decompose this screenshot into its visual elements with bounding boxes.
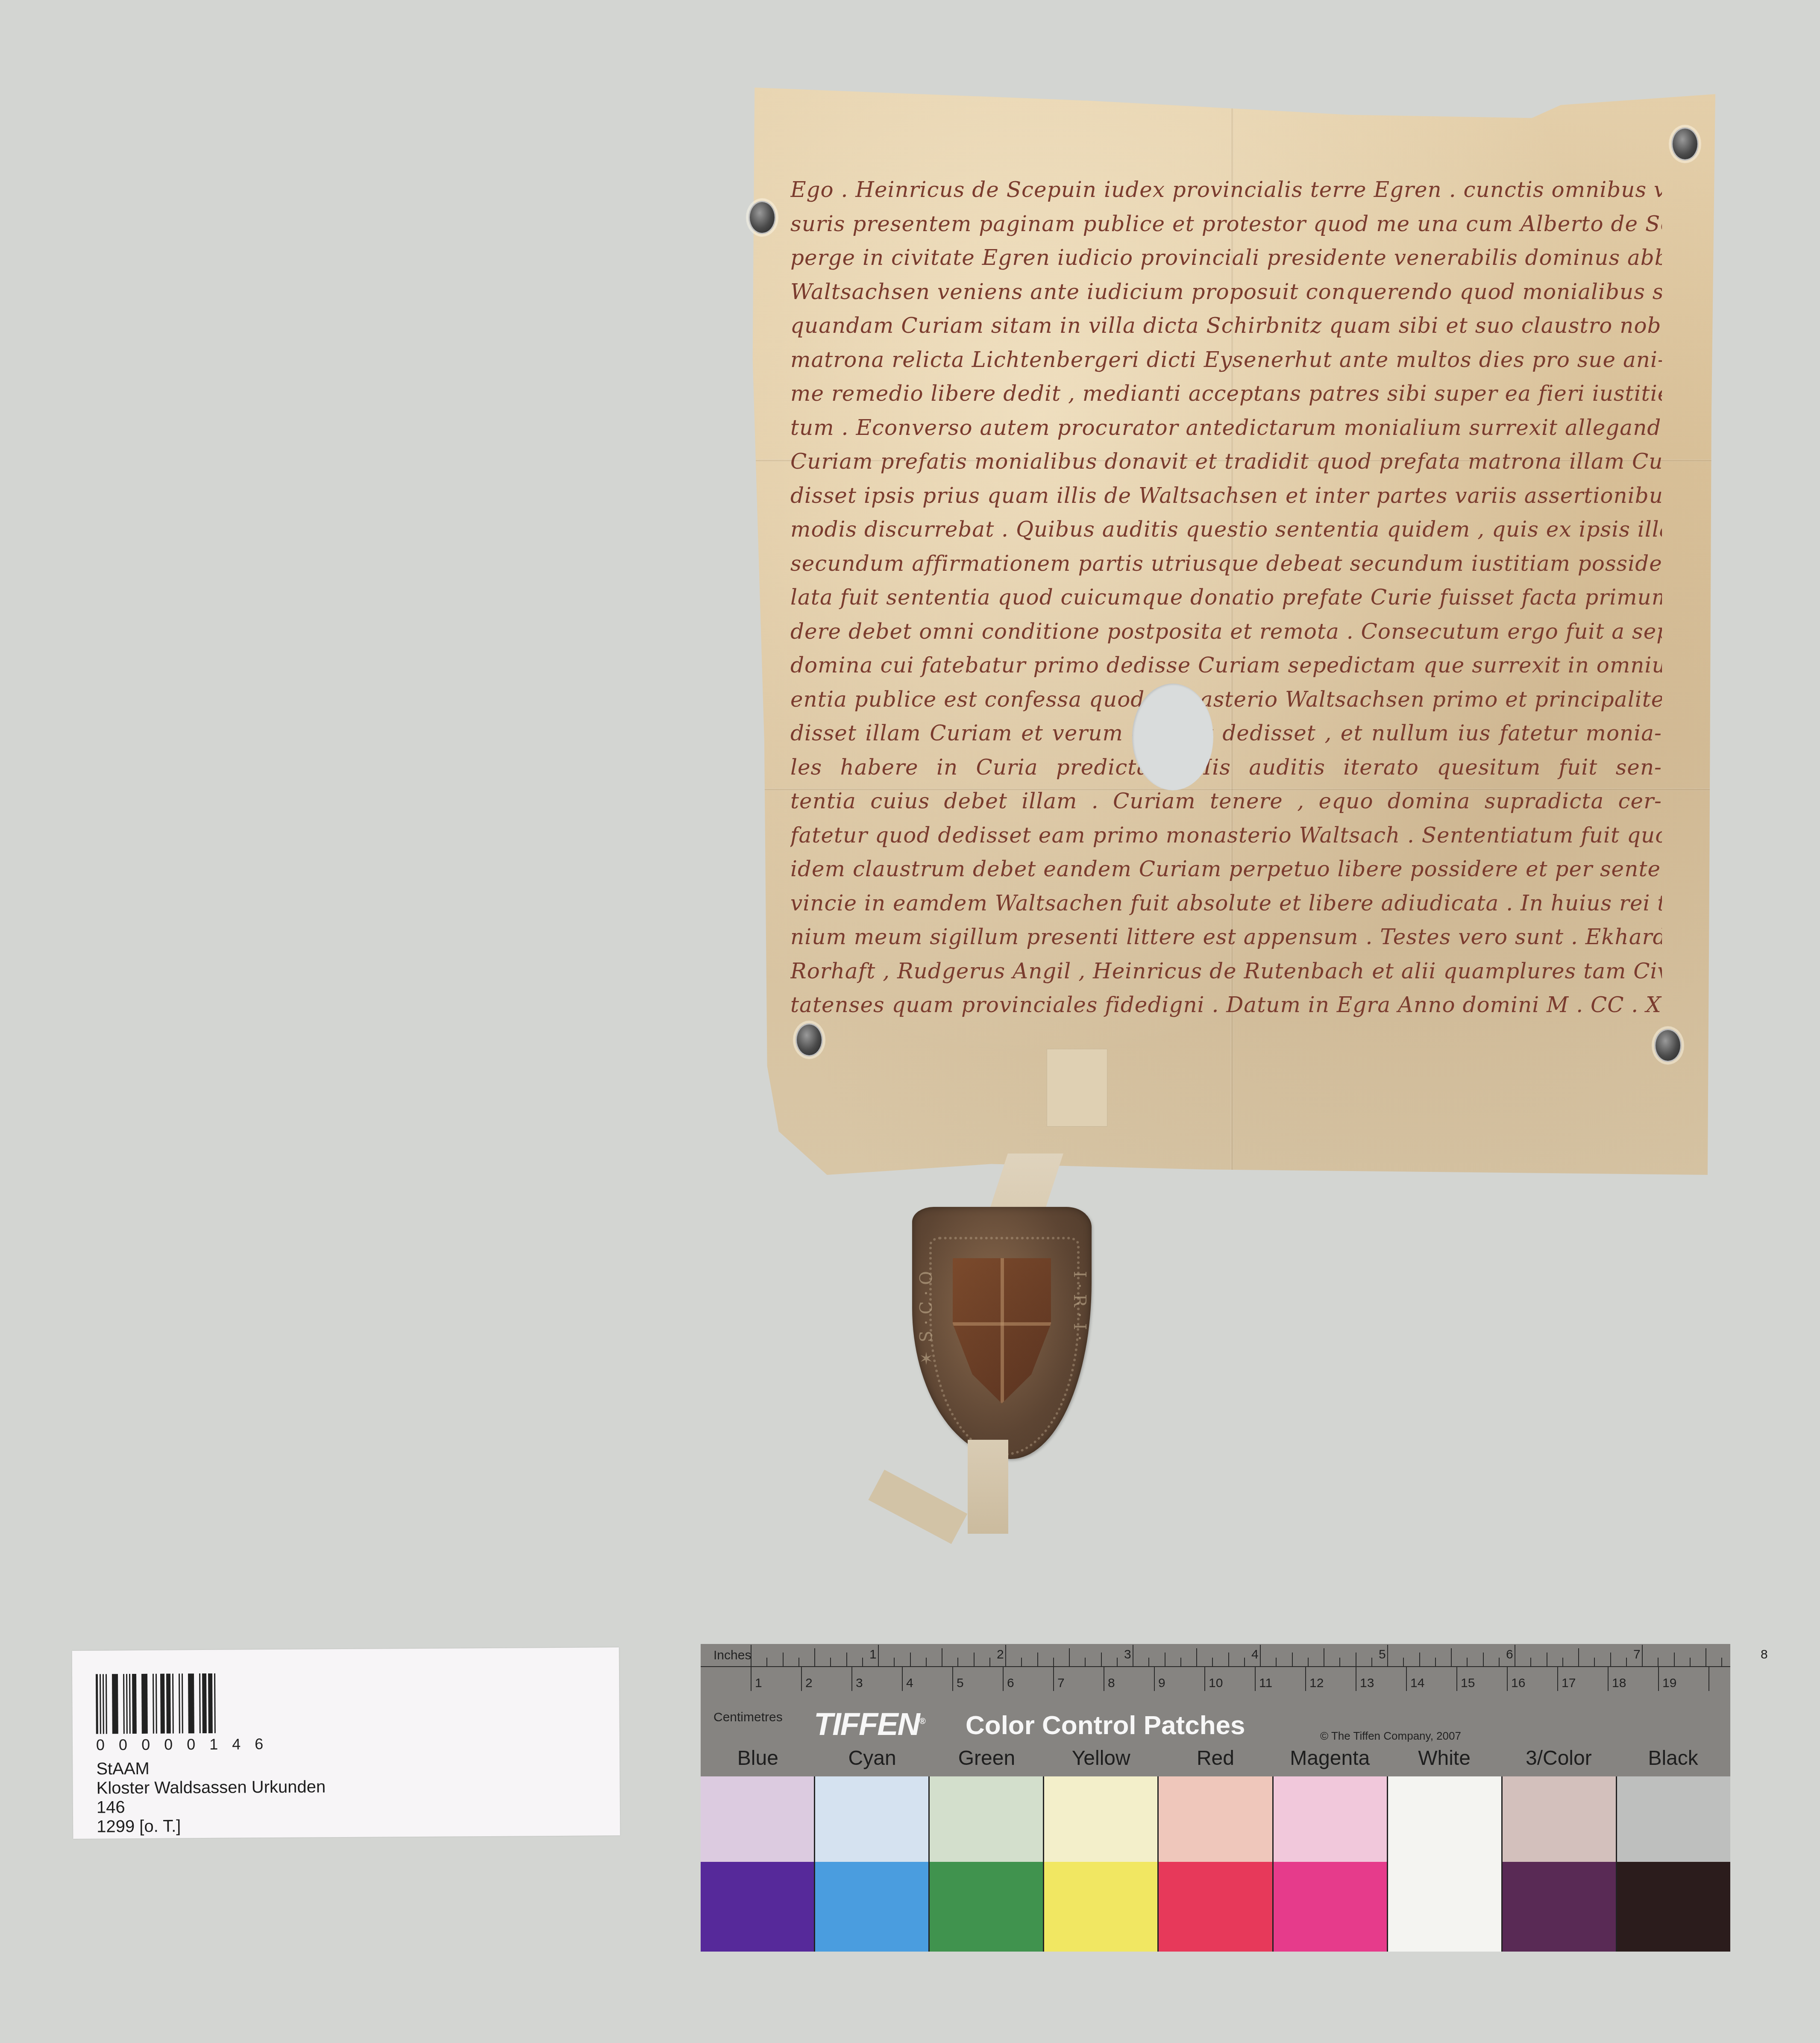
manuscript-line: disset ipsis prius quam illis de Waltsac… xyxy=(790,479,1662,513)
patch-label: Yellow xyxy=(1044,1747,1158,1770)
parchment-charter: Ego . Heinricus de Scepuin iudex provinc… xyxy=(750,88,1715,1175)
ruler-tick xyxy=(1260,1645,1261,1666)
color-patch-light xyxy=(1274,1776,1388,1862)
collection-name: Kloster Waldsassen Urkunden xyxy=(96,1777,326,1798)
color-patch-light xyxy=(1159,1776,1273,1862)
ruler-tick xyxy=(989,1658,990,1666)
cm-tick-label: 15 xyxy=(1461,1676,1475,1691)
color-patch-light xyxy=(1388,1776,1503,1862)
ruler-tick xyxy=(1626,1658,1627,1666)
ruler-tick xyxy=(1180,1658,1181,1666)
inch-tick-label: 8 xyxy=(1761,1647,1768,1662)
ruler-tick xyxy=(1483,1653,1484,1666)
color-patch-light xyxy=(1617,1776,1730,1862)
ruler-tick xyxy=(1053,1667,1054,1691)
manuscript-line: entia publice est confessa quod monaster… xyxy=(790,683,1662,717)
ruler-tick xyxy=(801,1667,802,1691)
inch-tick-label: 6 xyxy=(1506,1647,1513,1662)
cm-tick-label: 7 xyxy=(1057,1676,1065,1691)
ruler-tick xyxy=(1104,1667,1104,1691)
manuscript-line: matrona relicta Lichtenbergeri dicti Eys… xyxy=(790,343,1662,377)
item-date: 1299 [o. T.] xyxy=(97,1817,181,1836)
color-patch-light xyxy=(701,1776,815,1862)
ruler-tick xyxy=(1578,1648,1579,1666)
ruler-tick xyxy=(1117,1658,1118,1666)
ruler-tick xyxy=(783,1653,784,1666)
ruler-tick xyxy=(1037,1653,1038,1666)
patch-label: Magenta xyxy=(1273,1747,1387,1770)
patch-label: 3/Color xyxy=(1501,1747,1616,1770)
ruler-tick xyxy=(766,1658,767,1666)
ruler-tick xyxy=(1085,1658,1086,1666)
cm-tick-label: 3 xyxy=(856,1676,863,1691)
barcode-number: 00000146 xyxy=(96,1735,277,1754)
ruler-tick xyxy=(1419,1653,1420,1666)
color-patch-light xyxy=(1044,1776,1159,1862)
archive-name: StAAM xyxy=(96,1759,150,1779)
dark-patch-row xyxy=(701,1862,1730,1952)
ruler-tick xyxy=(1499,1658,1500,1666)
ruler-baseline xyxy=(701,1666,1730,1667)
ruler-tick xyxy=(814,1648,815,1666)
inch-tick-label: 5 xyxy=(1379,1647,1386,1662)
ruler-tick xyxy=(1658,1667,1659,1691)
ruler-tick xyxy=(1515,1645,1515,1666)
cm-tick-label: 13 xyxy=(1360,1676,1374,1691)
cm-tick-label: 6 xyxy=(1007,1676,1014,1691)
cm-tick-label: 12 xyxy=(1309,1676,1324,1691)
ruler-tick xyxy=(1101,1653,1102,1666)
plica-fold-tab xyxy=(1047,1049,1107,1127)
inches-label: Inches xyxy=(713,1648,751,1663)
ruler-tick xyxy=(1406,1667,1407,1691)
seal-tag-strip xyxy=(968,1440,1008,1534)
mounting-pin-icon xyxy=(1671,127,1699,161)
ruler-tick xyxy=(1690,1658,1691,1666)
ruler-tick xyxy=(1276,1658,1277,1666)
centimetres-label: Centimetres xyxy=(713,1710,783,1725)
ruler-tick xyxy=(910,1653,911,1666)
ruler-tick xyxy=(1594,1658,1595,1666)
ruler-tick xyxy=(1069,1648,1070,1666)
ruler-tick xyxy=(1133,1645,1133,1666)
color-patch-dark xyxy=(701,1862,815,1952)
ruler-tick xyxy=(1021,1658,1022,1666)
manuscript-line: les habere in Curia predicta . His audit… xyxy=(790,751,1662,785)
shield-cross xyxy=(1001,1258,1004,1403)
ruler-tick xyxy=(1721,1658,1722,1666)
seal-legend: ✶ S · C · O xyxy=(916,1271,942,1368)
ruler-tick xyxy=(1003,1667,1004,1691)
cm-tick-label: 18 xyxy=(1612,1676,1626,1691)
manuscript-line: Waltsachsen veniens ante iudicium propos… xyxy=(790,275,1662,309)
ruler-tick xyxy=(1005,1645,1006,1666)
ruler-tick xyxy=(1435,1658,1436,1666)
cm-tick-label: 17 xyxy=(1562,1676,1576,1691)
ruler-tick xyxy=(830,1658,831,1666)
ruler-tick xyxy=(1451,1648,1452,1666)
ruler-tick xyxy=(974,1653,975,1666)
ruler-tick xyxy=(1658,1658,1659,1666)
ruler-tick xyxy=(1456,1667,1457,1691)
cm-tick-label: 16 xyxy=(1511,1676,1525,1691)
ruler-tick xyxy=(1292,1653,1293,1666)
color-patch-light xyxy=(930,1776,1044,1862)
ruler-tick xyxy=(1706,1648,1706,1666)
ruler-tick xyxy=(926,1658,927,1666)
color-patch-dark xyxy=(815,1862,930,1952)
manuscript-line: me remedio libere dedit , medianti accep… xyxy=(790,377,1662,411)
ruler-tick xyxy=(942,1648,942,1666)
mounting-pin-icon xyxy=(1654,1029,1682,1062)
color-patch-dark xyxy=(1159,1862,1273,1952)
cm-tick-label: 1 xyxy=(755,1676,762,1691)
ruler-tick xyxy=(1228,1653,1229,1666)
cm-tick-label: 5 xyxy=(957,1676,964,1691)
manuscript-line: dere debet omni conditione postposita et… xyxy=(790,615,1662,649)
ruler-tick xyxy=(957,1658,958,1666)
ruler-tick xyxy=(798,1658,799,1666)
ruler-tick xyxy=(952,1667,953,1691)
ruler-tick xyxy=(1212,1658,1213,1666)
ruler-tick xyxy=(1530,1658,1531,1666)
manuscript-line: suris presentem paginam publice et prote… xyxy=(790,207,1662,241)
ruler-tick xyxy=(1708,1667,1709,1691)
cm-tick-label: 9 xyxy=(1158,1676,1165,1691)
ruler-tick xyxy=(1557,1667,1558,1691)
ruler: Inches Centimetres TIFFEN® Color Control… xyxy=(701,1644,1730,1776)
ruler-tick xyxy=(1196,1648,1197,1666)
patch-label: Blue xyxy=(701,1747,815,1770)
shield-cross xyxy=(953,1322,1051,1326)
manuscript-line: disset illam Curiam et verum dare et ded… xyxy=(790,716,1662,751)
ruler-tick xyxy=(1642,1645,1643,1666)
ruler-tick xyxy=(878,1645,879,1666)
seal-legend: I · R · I · xyxy=(1064,1271,1089,1341)
ruler-tick xyxy=(902,1667,903,1691)
manuscript-line: tentia cuius debet illam . Curiam tenere… xyxy=(790,784,1662,819)
ruler-tick xyxy=(1165,1653,1165,1666)
ruler-tick xyxy=(1204,1667,1205,1691)
cm-tick-label: 11 xyxy=(1259,1676,1272,1691)
ruler-tick xyxy=(894,1658,895,1666)
seal-tag-tail xyxy=(868,1470,967,1544)
inch-tick-label: 1 xyxy=(869,1647,877,1662)
brand-name: TIFFEN xyxy=(814,1706,919,1742)
color-patch-dark xyxy=(1503,1862,1617,1952)
barcode xyxy=(96,1673,216,1734)
ruler-tick xyxy=(1308,1658,1309,1666)
cm-tick-label: 8 xyxy=(1108,1676,1115,1691)
cm-tick-label: 14 xyxy=(1410,1676,1424,1691)
inch-tick-label: 2 xyxy=(997,1647,1004,1662)
manuscript-line: tum . Econverso autem procurator antedic… xyxy=(790,411,1662,445)
manuscript-line: quandam Curiam sitam in villa dicta Schi… xyxy=(790,309,1662,343)
ruler-tick xyxy=(1305,1667,1306,1691)
manuscript-line: modis discurrebat . Quibus auditis quest… xyxy=(790,513,1662,547)
color-patch-dark xyxy=(1388,1862,1503,1952)
mounting-pin-icon xyxy=(796,1023,823,1057)
manuscript-line: Ego . Heinricus de Scepuin iudex provinc… xyxy=(790,173,1662,207)
ruler-tick xyxy=(1148,1658,1149,1666)
patch-label: Black xyxy=(1616,1747,1730,1770)
manuscript-line: domina cui fatebatur primo dedisse Curia… xyxy=(790,649,1662,683)
ruler-tick xyxy=(1547,1653,1547,1666)
inch-tick-label: 3 xyxy=(1124,1647,1131,1662)
manuscript-line: Curiam prefatis monialibus donavit et tr… xyxy=(790,445,1662,479)
archive-label: 00000146 StAAM Kloster Waldsassen Urkund… xyxy=(72,1647,620,1839)
cm-tick-label: 19 xyxy=(1662,1676,1676,1691)
ruler-tick xyxy=(1387,1645,1388,1666)
ruler-tick xyxy=(1403,1658,1404,1666)
ruler-tick xyxy=(1507,1667,1508,1691)
ruler-tick xyxy=(751,1667,751,1691)
ruler-tick xyxy=(846,1653,847,1666)
ruler-tick xyxy=(862,1658,863,1666)
ruler-tick xyxy=(851,1667,852,1691)
tiffen-logo: TIFFEN® xyxy=(814,1706,925,1742)
ruler-tick xyxy=(751,1645,751,1666)
tiffen-color-chart: Inches Centimetres TIFFEN® Color Control… xyxy=(701,1644,1730,1952)
ruler-tick xyxy=(1608,1667,1609,1691)
ruler-tick xyxy=(1244,1658,1245,1666)
color-patch-light xyxy=(1503,1776,1617,1862)
color-patch-dark xyxy=(930,1862,1044,1952)
inch-tick-label: 7 xyxy=(1633,1647,1641,1662)
manuscript-line: vincie in eamdem Waltsachen fuit absolut… xyxy=(790,886,1662,921)
patch-label: Red xyxy=(1158,1747,1273,1770)
color-patch-dark xyxy=(1617,1862,1730,1952)
mounting-pin-icon xyxy=(749,201,776,234)
ruler-tick xyxy=(1610,1653,1611,1666)
manuscript-line: tatenses quam provinciales fidedigni . D… xyxy=(790,988,1662,1022)
product-title: Color Control Patches xyxy=(966,1710,1245,1741)
manuscript-line: secundum affirmationem partis utriusque … xyxy=(790,547,1662,581)
manuscript-line: fatetur quod dedisset eam primo monaster… xyxy=(790,819,1662,853)
color-patch-dark xyxy=(1044,1862,1159,1952)
ruler-tick xyxy=(1255,1667,1256,1691)
color-patch-light xyxy=(815,1776,930,1862)
cm-tick-label: 4 xyxy=(906,1676,913,1691)
inch-tick-label: 4 xyxy=(1251,1647,1259,1662)
ruler-tick xyxy=(1371,1658,1372,1666)
ruler-tick xyxy=(1467,1658,1468,1666)
manuscript-line: Rorhaft , Rudgerus Angil , Heinricus de … xyxy=(790,954,1662,989)
patch-label: Green xyxy=(930,1747,1044,1770)
manuscript-text: Ego . Heinricus de Scepuin iudex provinc… xyxy=(790,173,1662,1022)
item-number: 146 xyxy=(97,1798,125,1817)
ruler-tick xyxy=(1562,1658,1563,1666)
copyright-notice: © The Tiffen Company, 2007 xyxy=(1320,1729,1461,1743)
ruler-tick xyxy=(1324,1648,1324,1666)
cm-tick-label: 10 xyxy=(1209,1676,1223,1691)
ruler-tick xyxy=(1674,1653,1675,1666)
manuscript-line: idem claustrum debet eandem Curiam perpe… xyxy=(790,852,1662,886)
manuscript-line: lata fuit sententia quod cuicumque donat… xyxy=(790,581,1662,615)
ruler-tick xyxy=(1356,1667,1356,1691)
manuscript-line: nium meum sigillum presenti littere est … xyxy=(790,920,1662,954)
patch-label: Cyan xyxy=(815,1747,930,1770)
color-patch-dark xyxy=(1274,1862,1388,1952)
patch-label: White xyxy=(1387,1747,1502,1770)
light-patch-row xyxy=(701,1776,1730,1862)
ruler-tick xyxy=(1356,1653,1356,1666)
ruler-tick xyxy=(1154,1667,1155,1691)
wax-seal: ✶ S · C · O I · R · I · xyxy=(912,1207,1092,1459)
cm-tick-label: 2 xyxy=(805,1676,813,1691)
manuscript-line: perge in civitate Egren iudicio provinci… xyxy=(790,241,1662,275)
ruler-tick xyxy=(1053,1658,1054,1666)
parchment-hole xyxy=(1132,684,1213,790)
ruler-tick xyxy=(1339,1658,1340,1666)
